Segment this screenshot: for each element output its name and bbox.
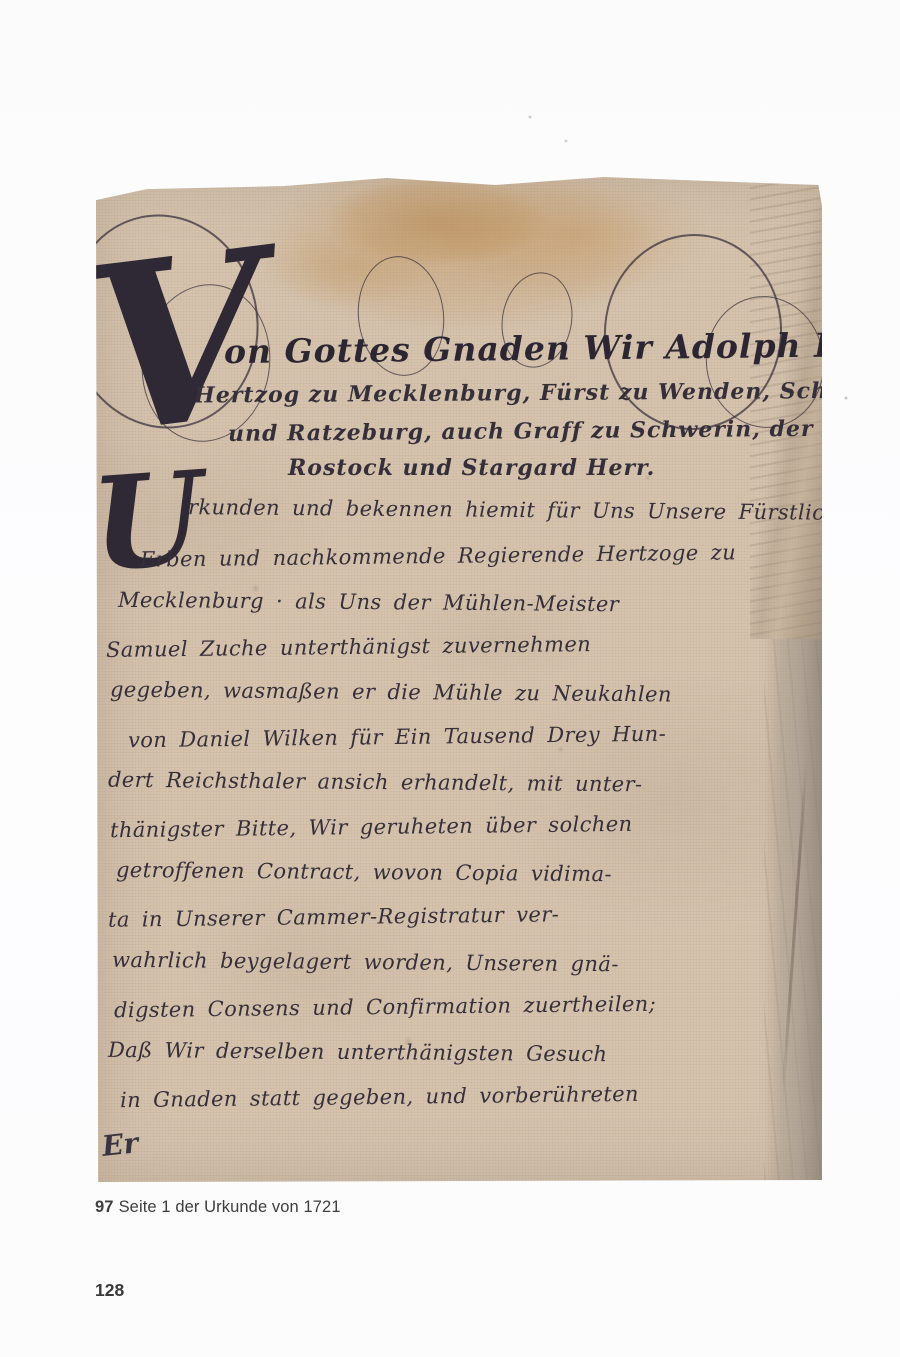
manuscript-photo: V U on Gottes Gnaden Wir Adolph Frideric… <box>96 176 822 1182</box>
book-page: V U on Gottes Gnaden Wir Adolph Frideric… <box>0 0 900 1357</box>
page-edges-bottom <box>764 639 822 1182</box>
manuscript-body-line: digsten Consens und Confirmation zuerthe… <box>114 992 656 1023</box>
manuscript-heading-line: Rostock und Stargard Herr. <box>288 455 655 481</box>
manuscript-heading-line: Hertzog zu Mecklenburg, Fürst zu Wenden,… <box>194 378 900 409</box>
manuscript-body-line: Erben und nachkommende Regierende Hertzo… <box>140 540 736 571</box>
manuscript-body-line: ta in Unserer Cammer-Registratur ver- <box>108 902 559 932</box>
manuscript-body-line: wahrlich beygelagert worden, Unseren gnä… <box>112 948 619 976</box>
manuscript-body-line: thänigster Bitte, Wir geruheten über sol… <box>110 812 633 842</box>
manuscript-body-line: gegeben, wasmaßen er die Mühle zu Neukah… <box>110 678 672 707</box>
figure-caption: 97Seite 1 der Urkunde von 1721 <box>95 1198 341 1217</box>
manuscript-body-line: von Daniel Wilken für Ein Tausend Drey H… <box>128 722 666 753</box>
manuscript-body-line: in Gnaden statt gegeben, und vorberühret… <box>120 1082 639 1112</box>
manuscript-body-line: rkunden und bekennen hiemit für Uns Unse… <box>188 495 851 525</box>
figure-number: 97 <box>95 1198 114 1216</box>
manuscript-body-line: Mecklenburg · als Uns der Mühlen-Meister <box>118 588 619 616</box>
manuscript-body-line: Samuel Zuche unterthänigst zuvernehmen <box>106 632 591 662</box>
catchword: Er <box>100 1126 139 1163</box>
manuscript-body-line: Daß Wir derselben unterthänigsten Gesuch <box>108 1038 608 1066</box>
manuscript-heading-line: on Gottes Gnaden Wir Adolph Friderich, <box>224 324 900 371</box>
page-number: 128 <box>95 1280 124 1301</box>
manuscript-body-line: dert Reichsthaler ansich erhandelt, mit … <box>108 768 643 797</box>
figure-caption-text: Seite 1 der Urkunde von 1721 <box>119 1198 341 1216</box>
manuscript-body-line: getroffenen Contract, wovon Copia vidima… <box>116 858 612 886</box>
